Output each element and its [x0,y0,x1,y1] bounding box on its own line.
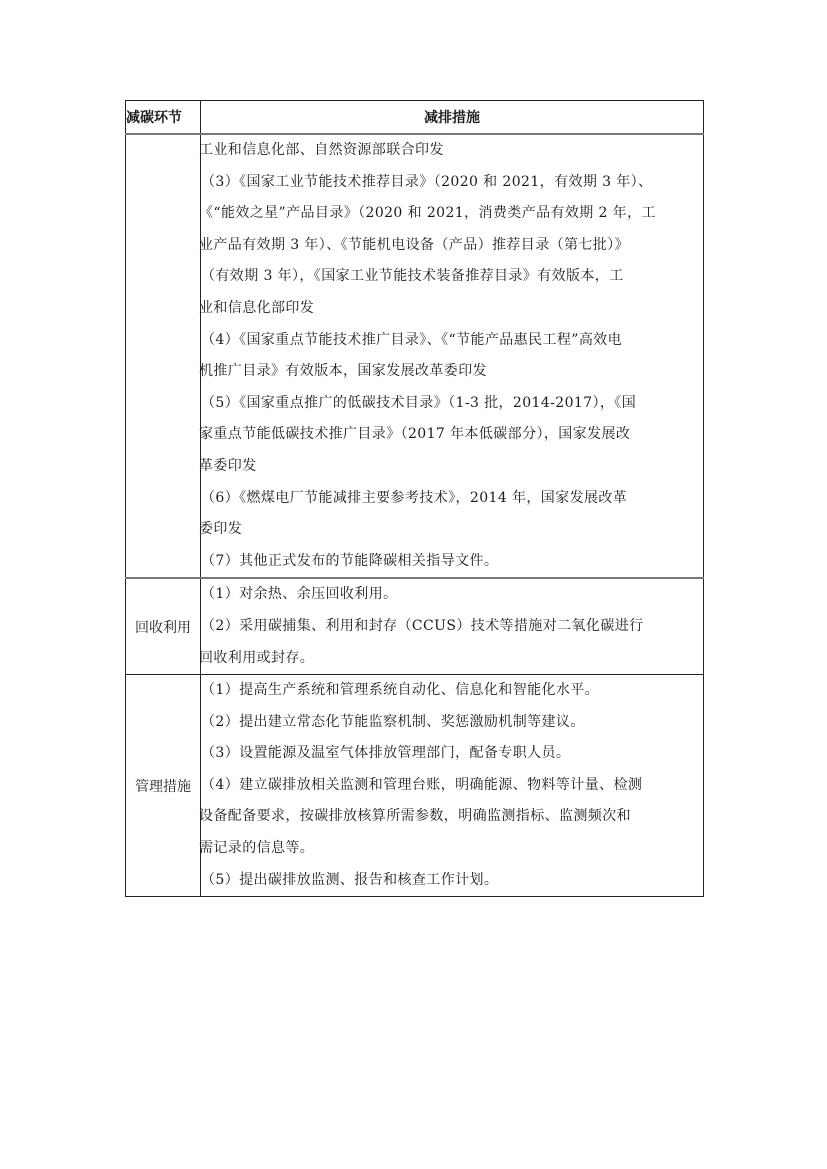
measures-cell: （1）对余热、余压回收利用。 （2）采用碳捕集、利用和封存（CCUS）技术等措施… [201,578,704,674]
measure-line: （3）《国家工业节能技术推荐目录》（2020 和 2021，有效期 3 年）、 [201,167,703,199]
measures-cell: （1）提高生产系统和管理系统自动化、信息化和智能化水平。 （2）提出建立常态化节… [201,675,704,897]
table-header-row: 减碳环节 减排措施 [126,101,704,135]
measure-line: 需记录的信息等。 [199,833,703,865]
table-row-management: 管理措施 （1）提高生产系统和管理系统自动化、信息化和智能化水平。 （2）提出建… [126,675,704,897]
measure-line: （5）提出碳排放监测、报告和核查工作计划。 [201,865,703,897]
stage-cell: 管理措施 [126,675,201,897]
measure-line: （5）《国家重点推广的低碳技术目录》（1-3 批，2014-2017），《国 [201,388,703,420]
measure-line: 设备配备要求，按碳排放核算所需参数，明确监测指标、监测频次和 [199,801,703,833]
stage-cell [126,134,201,578]
measure-line: （2）采用碳捕集、利用和封存（CCUS）技术等措施对二氧化碳进行 [201,611,703,643]
measure-line: （4）建立碳排放相关监测和管理台账，明确能源、物料等计量、检测 [201,770,703,802]
table-row-continued: 工业和信息化部、自然资源部联合印发 （3）《国家工业节能技术推荐目录》（2020… [126,134,704,578]
emission-reduction-table: 减碳环节 减排措施 工业和信息化部、自然资源部联合印发 （3）《国家工业节能技术… [125,100,704,897]
measure-line: 革委印发 [199,451,703,483]
measure-line: （3）设置能源及温室气体排放管理部门，配备专职人员。 [201,738,703,770]
measure-line: 业产品有效期 3 年）、《节能机电设备（产品）推荐目录（第七批）》 [199,230,703,262]
measure-line: （2）提出建立常态化节能监察机制、奖惩激励机制等建议。 [201,707,703,739]
measures-cell: 工业和信息化部、自然资源部联合印发 （3）《国家工业节能技术推荐目录》（2020… [201,134,704,578]
measure-line: 机推广目录》有效版本，国家发展改革委印发 [199,356,703,388]
measure-line: 业和信息化部印发 [199,293,703,325]
measure-line: （有效期 3 年），《国家工业节能技术装备推荐目录》有效版本，工 [201,261,703,293]
measure-line: 工业和信息化部、自然资源部联合印发 [199,135,703,167]
header-measures: 减排措施 [201,101,704,135]
measure-line: 家重点节能低碳技术推广目录》（2017 年本低碳部分），国家发展改 [199,419,703,451]
measure-line: 委印发 [199,514,703,546]
measure-line: （1）提高生产系统和管理系统自动化、信息化和智能化水平。 [201,675,703,707]
header-stage: 减碳环节 [126,101,201,135]
stage-cell: 回收利用 [126,578,201,674]
measure-line: （1）对余热、余压回收利用。 [201,579,703,611]
measure-line: 《“能效之星”产品目录》（2020 和 2021，消费类产品有效期 2 年，工 [199,198,703,230]
measure-line: （7）其他正式发布的节能降碳相关指导文件。 [201,546,703,578]
measure-line: （4）《国家重点节能技术推广目录》、《“节能产品惠民工程”高效电 [201,325,703,357]
measure-line: 回收利用或封存。 [199,643,703,675]
measure-line: （6）《燃煤电厂节能减排主要参考技术》，2014 年，国家发展改革 [201,483,703,515]
table-row-recovery: 回收利用 （1）对余热、余压回收利用。 （2）采用碳捕集、利用和封存（CCUS）… [126,578,704,674]
